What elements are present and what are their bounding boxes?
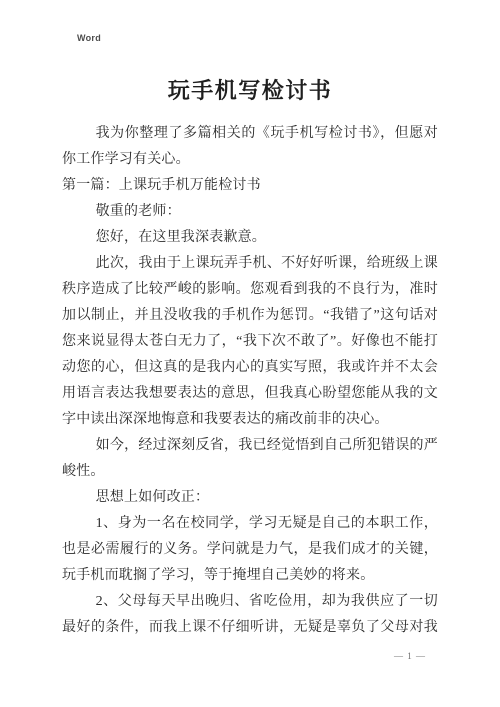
paragraph: 您好，在这里我深表歉意。 xyxy=(62,225,438,251)
document-body: 我为你整理了多篇相关的《玩手机写检讨书》，但愿对你工作学习有关心。第一篇：上课玩… xyxy=(62,121,438,643)
paragraph: 我为你整理了多篇相关的《玩手机写检讨书》，但愿对你工作学习有关心。 xyxy=(62,121,438,173)
document-title: 玩手机写检讨书 xyxy=(0,74,500,105)
paragraph: 如今，经过深刻反省，我已经觉悟到自己所犯错误的严峻性。 xyxy=(62,433,438,485)
document-page: Word 玩手机写检讨书 我为你整理了多篇相关的《玩手机写检讨书》，但愿对你工作… xyxy=(0,0,500,707)
page-number: — 1 — xyxy=(384,651,436,661)
paragraph: 第一篇：上课玩手机万能检讨书 xyxy=(62,173,438,199)
paragraph: 此次，我由于上课玩弄手机、不好好听课，给班级上课秩序造成了比较严峻的影响。您观看… xyxy=(62,251,438,433)
paragraph: 1、身为一名在校同学，学习无疑是自己的本职工作，也是必需履行的义务。学问就是力气… xyxy=(62,511,438,589)
paragraph: 2、父母每天早出晚归、省吃俭用，却为我供应了一切最好的条件，而我上课不仔细听讲，… xyxy=(62,589,438,643)
word-app-label: Word xyxy=(77,33,101,43)
paragraph: 思想上如何改正： xyxy=(62,485,438,511)
paragraph: 敬重的老师： xyxy=(62,199,438,225)
